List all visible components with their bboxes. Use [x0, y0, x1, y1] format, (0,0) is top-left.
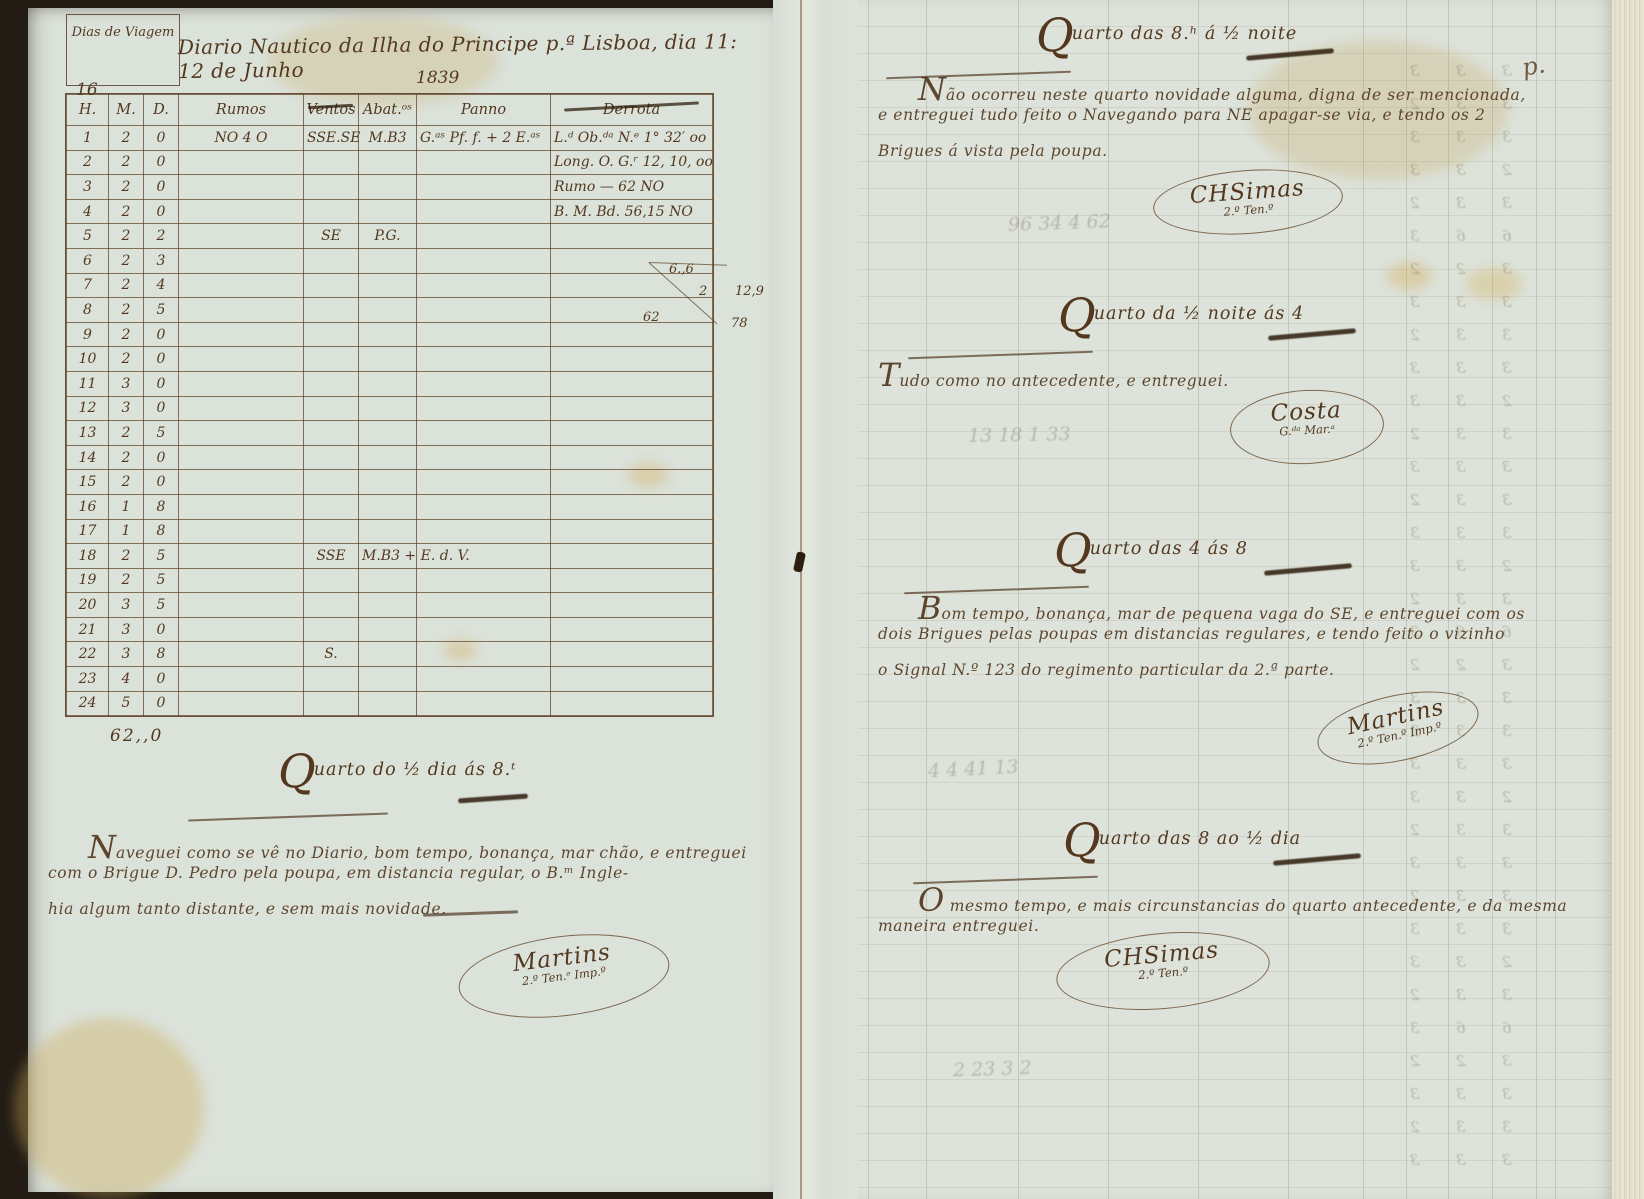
table-cell	[304, 175, 359, 200]
watch-entry-line: Bom tempo, bonança, mar de pequena vaga …	[918, 589, 1525, 627]
table-cell: NO 4 O	[179, 126, 304, 151]
table-cell: 8	[144, 642, 179, 667]
table-cell: 23	[67, 667, 109, 692]
bleedthrough-digit: 3	[1456, 986, 1466, 1004]
table-cell	[179, 175, 304, 200]
table-cell: 9	[67, 322, 109, 347]
table-cell: SSE.SE	[304, 126, 359, 151]
table-cell: S.	[304, 642, 359, 667]
bleedthrough-digit: 3	[1409, 1019, 1420, 1038]
bleedthrough-digit: 3	[1501, 458, 1512, 477]
table-cell: 12	[67, 396, 109, 421]
book-fore-edge	[1612, 0, 1644, 1199]
table-cell	[417, 199, 551, 224]
table-cell	[551, 224, 713, 249]
table-cell	[551, 445, 713, 470]
table-cell: 5	[144, 298, 179, 323]
bleedthrough-digit: 3	[1501, 854, 1512, 873]
table-cell: 8	[144, 494, 179, 519]
table-cell	[179, 494, 304, 519]
table-cell: 8	[67, 298, 109, 323]
table-cell: 4	[144, 273, 179, 298]
table-cell	[551, 642, 713, 667]
table-row: 2450	[67, 691, 713, 716]
table-row: 1825SSEM.B3 + E. d. V.	[67, 544, 713, 569]
table-cell	[417, 298, 551, 323]
calc-value: 78	[731, 316, 748, 331]
table-cell: Long. O. G.ʳ 12, 10, oo	[551, 150, 713, 175]
table-cell: M.B3	[359, 126, 417, 151]
table-cell: 21	[67, 617, 109, 642]
bleedthrough-digit: 3	[1501, 260, 1512, 279]
ink-smear	[1264, 563, 1352, 576]
table-cell	[551, 371, 713, 396]
table-cell	[179, 691, 304, 716]
bleedthrough-digit: 3	[1501, 359, 1512, 378]
table-cell: 6	[67, 248, 109, 273]
binding-gutter	[773, 0, 858, 1199]
table-cell	[359, 175, 417, 200]
table-cell	[551, 617, 713, 642]
table-cell	[304, 617, 359, 642]
pen-flourish	[188, 813, 388, 822]
table-row: 2035	[67, 593, 713, 618]
table-cell	[304, 568, 359, 593]
table-cell: 2	[109, 224, 144, 249]
ink-smear	[1246, 48, 1334, 61]
table-cell	[179, 470, 304, 495]
bleedthrough-digit: 3	[1409, 458, 1420, 477]
table-cell: 2	[109, 421, 144, 446]
bleedthrough-digit: 2	[1409, 656, 1420, 675]
watch-entry-line: e entreguei tudo feito o Navegando para …	[878, 106, 1485, 124]
table-cell	[417, 568, 551, 593]
table-cell	[179, 445, 304, 470]
table-cell: 0	[144, 445, 179, 470]
watch-entry-line: hia algum tanto distante, e sem mais nov…	[48, 900, 447, 918]
table-cell	[179, 199, 304, 224]
bleedthrough-digit: 3	[1410, 788, 1420, 806]
bleedthrough-digit: 3	[1456, 392, 1466, 410]
table-cell	[359, 298, 417, 323]
table-cell	[359, 150, 417, 175]
watch-entry-line: Não ocorreu neste quarto novidade alguma…	[918, 70, 1526, 108]
table-cell	[551, 421, 713, 446]
table-cell	[359, 248, 417, 273]
table-cell: 3	[109, 593, 144, 618]
heading-dropcap: Q	[1063, 813, 1099, 867]
table-cell	[359, 371, 417, 396]
table-cell	[179, 273, 304, 298]
days-of-voyage-box: Dias de Viagem	[66, 14, 180, 86]
column-header: Rumos	[179, 95, 304, 126]
heading-dropcap: Q	[1054, 523, 1090, 577]
table-cell	[417, 224, 551, 249]
bleedthrough-digit: 6	[1501, 1019, 1512, 1038]
bleedthrough-digit: 3	[1501, 920, 1512, 939]
bleedthrough-digit: 3	[1410, 1085, 1420, 1103]
paper-stain	[14, 1018, 204, 1198]
bleedthrough-digit: 3	[1456, 293, 1466, 311]
bleedthrough-digit: 3	[1409, 359, 1420, 378]
table-cell: 0	[144, 470, 179, 495]
bleedthrough-digit: 2	[1409, 1118, 1420, 1137]
calc-value: 62	[643, 310, 660, 325]
bleedthrough-digit: 2	[1455, 656, 1466, 675]
log-title: Diario Nautico da Ilha do Principe p.ª L…	[178, 29, 766, 83]
table-cell: 0	[144, 396, 179, 421]
table-cell: 0	[144, 322, 179, 347]
watch-entry-line: Naveguei como se vê no Diario, bom tempo…	[88, 828, 747, 866]
signature-oval: CHSimas 2.º Ten.º	[1151, 163, 1345, 240]
table-cell: 2	[109, 298, 144, 323]
table-cell: 0	[144, 175, 179, 200]
table-cell: 3	[67, 175, 109, 200]
watch-entry-line: com o Brigue D. Pedro pela poupa, em dis…	[48, 864, 629, 882]
table-cell: 11	[67, 371, 109, 396]
bleedthrough-digit: 3	[1501, 821, 1512, 840]
table-cell	[551, 667, 713, 692]
bleedthrough-digit: 3	[1455, 920, 1466, 939]
bleedthrough-digit: 3	[1456, 491, 1466, 509]
table-row: 220Long. O. G.ʳ 12, 10, oo	[67, 150, 713, 175]
table-cell: 0	[144, 150, 179, 175]
miles-total: 62,,0	[110, 726, 163, 746]
table-cell	[304, 199, 359, 224]
table-cell: 0	[144, 617, 179, 642]
ghost-writing: 96 34 4 62	[1008, 210, 1111, 236]
table-cell	[179, 298, 304, 323]
table-cell	[359, 691, 417, 716]
table-cell	[417, 519, 551, 544]
bleedthrough-digit: 3	[1410, 392, 1420, 410]
column-header: D.	[144, 95, 179, 126]
table-cell: 2	[109, 199, 144, 224]
table-cell: SE	[304, 224, 359, 249]
table-cell: 2	[109, 248, 144, 273]
log-title-year: 1839	[416, 68, 459, 88]
table-cell	[304, 494, 359, 519]
table-cell: 0	[144, 126, 179, 151]
table-cell	[359, 273, 417, 298]
table-row: 1520	[67, 470, 713, 495]
bleedthrough-digit: 3	[1502, 293, 1512, 311]
table-cell: 2	[109, 470, 144, 495]
bleedthrough-digit: 3	[1455, 821, 1466, 840]
watch-heading: Quarto do ½ dia ás 8.ᵗ	[278, 760, 517, 780]
column-header: H.	[67, 95, 109, 126]
table-cell	[359, 667, 417, 692]
table-cell	[417, 494, 551, 519]
bleedthrough-digit: 3	[1409, 920, 1420, 939]
table-cell: 16	[67, 494, 109, 519]
calc-value: 12,9	[735, 284, 764, 299]
table-cell: 2	[109, 175, 144, 200]
table-cell	[304, 667, 359, 692]
nautical-log-table: H.M.D.RumosVentosAbat.ᵒˢPannoDerrota 120…	[66, 94, 713, 716]
bleedthrough-digit: 3	[1501, 722, 1512, 741]
bleedthrough-digit: 3	[1501, 656, 1512, 675]
table-row: 120NO 4 OSSE.SEM.B3G.ᵃˢ Pf. f. + 2 E.ᵃˢL…	[67, 126, 713, 151]
table-cell: 2	[109, 544, 144, 569]
table-cell: P.G.	[359, 224, 417, 249]
heading-dropcap: Q	[278, 744, 314, 798]
signature-oval: Martins 2.º Ten.ᵉ Imp.º	[454, 923, 674, 1028]
table-cell	[359, 470, 417, 495]
ink-smear	[458, 794, 528, 804]
logbook-scan: Dias de Viagem 16 Diario Nautico da Ilha…	[0, 0, 1644, 1199]
table-cell	[417, 470, 551, 495]
table-cell: 17	[67, 519, 109, 544]
table-cell	[417, 445, 551, 470]
table-cell: 8	[144, 519, 179, 544]
heading-text: uarto das 8.ʰ á ½ noite	[1072, 24, 1298, 44]
table-cell: 22	[67, 642, 109, 667]
bleedthrough-digit: 2	[1501, 953, 1512, 972]
bleedthrough-digit: 2	[1501, 557, 1512, 576]
calc-value: 2	[699, 284, 707, 299]
watch-entry-line: dois Brigues pelas poupas em distancias …	[878, 625, 1505, 643]
ruled-column-line	[1555, 0, 1556, 1199]
heading-dropcap: Q	[1058, 288, 1094, 342]
column-header: M.	[109, 95, 144, 126]
table-cell: 0	[144, 667, 179, 692]
watch-entry-line: o Signal N.º 123 do regimento particular…	[878, 661, 1335, 679]
table-cell	[359, 519, 417, 544]
ghost-writing: 4 4 41 13	[927, 756, 1019, 783]
table-cell	[359, 421, 417, 446]
table-cell	[359, 642, 417, 667]
heading-text: uarto das 4 ás 8	[1090, 539, 1248, 559]
table-cell	[179, 617, 304, 642]
ink-smear	[1268, 328, 1356, 341]
table-cell	[304, 396, 359, 421]
bleedthrough-digit: 3	[1455, 458, 1466, 477]
table-cell: 1	[109, 519, 144, 544]
table-cell	[179, 371, 304, 396]
table-cell	[179, 150, 304, 175]
table-cell	[551, 470, 713, 495]
table-cell	[551, 519, 713, 544]
table-cell	[359, 593, 417, 618]
bleedthrough-digit: 3	[1502, 986, 1512, 1004]
bleedthrough-digit: 3	[1502, 1085, 1512, 1103]
right-page: p. 3332333333322333662233332333333322333…	[858, 0, 1612, 1199]
bleedthrough-digit: 3	[1455, 161, 1466, 180]
paper-stain	[1466, 268, 1522, 300]
bleedthrough-digit: 3	[1455, 953, 1466, 972]
bleedthrough-digit: 3	[1409, 854, 1420, 873]
bleedthrough-digit: 3	[1501, 1052, 1512, 1071]
heading-text: uarto das 8 ao ½ dia	[1099, 829, 1301, 849]
table-row: 1230	[67, 396, 713, 421]
table-row: 2238S.	[67, 642, 713, 667]
table-row: 2340	[67, 667, 713, 692]
table-cell	[304, 371, 359, 396]
table-row: 420B. M. Bd. 56,15 NO	[67, 199, 713, 224]
bleedthrough-digit: 3	[1456, 194, 1466, 212]
table-cell: 15	[67, 470, 109, 495]
table-cell: 2	[109, 273, 144, 298]
table-cell: 5	[144, 568, 179, 593]
bleedthrough-digit: 2	[1409, 821, 1420, 840]
table-cell: M.B3 + E. d. V.	[359, 544, 417, 569]
bleedthrough-digit: 2	[1410, 491, 1420, 509]
table-cell	[179, 642, 304, 667]
bleedthrough-digit: 3	[1409, 227, 1420, 246]
bleedthrough-digit: 3	[1502, 689, 1512, 707]
table-cell	[551, 568, 713, 593]
table-cell	[304, 322, 359, 347]
table-cell	[359, 494, 417, 519]
watch-heading: Quarto das 4 ás 8	[1054, 539, 1248, 559]
table-cell	[551, 593, 713, 618]
table-cell: 3	[109, 617, 144, 642]
days-of-voyage-label: Dias de Viagem	[72, 25, 175, 40]
table-cell: 5	[109, 691, 144, 716]
bleedthrough-digit: 2	[1455, 260, 1466, 279]
bleedthrough-digit: 3	[1455, 128, 1466, 147]
table-cell	[417, 691, 551, 716]
table-cell	[417, 175, 551, 200]
table-cell: 5	[67, 224, 109, 249]
table-header-row: H.M.D.RumosVentosAbat.ᵒˢPannoDerrota	[67, 95, 713, 126]
bleedthrough-digit: 3	[1501, 755, 1512, 774]
bleedthrough-digit: 3	[1409, 128, 1420, 147]
table-row: 320Rumo — 62 NO	[67, 175, 713, 200]
watch-heading: Quarto das 8 ao ½ dia	[1063, 829, 1301, 849]
table-row: 1718	[67, 519, 713, 544]
table-cell	[359, 617, 417, 642]
column-header: Derrota	[551, 95, 713, 126]
bleedthrough-digit: 3	[1455, 1151, 1466, 1170]
bleedthrough-digit: 6	[1455, 1019, 1466, 1038]
table-cell	[417, 617, 551, 642]
bleedthrough-digit: 3	[1456, 1085, 1466, 1103]
table-cell: 3	[109, 371, 144, 396]
table-cell: 4	[109, 667, 144, 692]
ink-smear	[1273, 853, 1361, 866]
bleedthrough-digit: 3	[1455, 524, 1466, 543]
bleedthrough-digit: 2	[1409, 1052, 1420, 1071]
table-cell	[417, 667, 551, 692]
table-cell	[304, 519, 359, 544]
bleedthrough-digit: 3	[1501, 524, 1512, 543]
table-cell: Rumo — 62 NO	[551, 175, 713, 200]
bleedthrough-digit: 2	[1410, 194, 1420, 212]
bleedthrough-digit: 2	[1455, 1052, 1466, 1071]
ghost-writing: 2 23 3 2	[953, 1057, 1032, 1082]
table-cell	[304, 421, 359, 446]
watch-entry-line: Brigues á vista pela poupa.	[878, 142, 1108, 160]
watch-entry-line: O mesmo tempo, e mais circunstancias do …	[918, 881, 1567, 919]
table-cell: 3	[109, 396, 144, 421]
table-cell	[304, 248, 359, 273]
table-cell: G.ᵃˢ Pf. f. + 2 E.ᵃˢ	[417, 126, 551, 151]
table-cell: 7	[67, 273, 109, 298]
table-cell	[417, 396, 551, 421]
table-cell	[304, 593, 359, 618]
table-cell	[417, 371, 551, 396]
bleedthrough-digit: 3	[1409, 953, 1420, 972]
bleedthrough-digit: 3	[1501, 1118, 1512, 1137]
table-cell	[359, 445, 417, 470]
bleedthrough-digit: 3	[1455, 854, 1466, 873]
table-cell: 0	[144, 347, 179, 372]
ruled-column-line	[1536, 0, 1537, 1199]
table-cell	[179, 347, 304, 372]
table-cell	[304, 298, 359, 323]
bleedthrough-digit: 3	[1501, 326, 1512, 345]
binding-crease	[800, 0, 802, 1199]
table-cell: 1	[67, 126, 109, 151]
table-cell	[551, 396, 713, 421]
table-cell	[304, 347, 359, 372]
table-row: 1325	[67, 421, 713, 446]
table-cell: 18	[67, 544, 109, 569]
table-cell: 5	[144, 421, 179, 446]
table-cell	[359, 568, 417, 593]
table-cell	[179, 544, 304, 569]
heading-text: uarto da ½ noite ás 4	[1094, 304, 1304, 324]
left-page: Dias de Viagem 16 Diario Nautico da Ilha…	[28, 8, 773, 1192]
table-row: 1925	[67, 568, 713, 593]
table-cell	[417, 322, 551, 347]
bleedthrough-digit: 3	[1455, 755, 1466, 774]
table-cell	[179, 224, 304, 249]
table-cell	[179, 396, 304, 421]
table-cell: 0	[144, 199, 179, 224]
table-cell	[551, 691, 713, 716]
column-header: Panno	[417, 95, 551, 126]
bleedthrough-digit: 2	[1502, 788, 1512, 806]
table-cell: 20	[67, 593, 109, 618]
bleedthrough-digit: 2	[1410, 986, 1420, 1004]
table-cell: 5	[144, 593, 179, 618]
table-cell	[179, 593, 304, 618]
table-row: 522SEP.G.	[67, 224, 713, 249]
table-cell: 2	[109, 445, 144, 470]
table-cell: 14	[67, 445, 109, 470]
watch-entry-line: Tudo como no antecedente, e entreguei.	[878, 356, 1229, 394]
bleedthrough-digit: 3	[1502, 491, 1512, 509]
table-cell	[417, 150, 551, 175]
table-cell	[359, 396, 417, 421]
bleedthrough-digit: 3	[1501, 425, 1512, 444]
table-cell	[179, 519, 304, 544]
table-cell: SSE	[304, 544, 359, 569]
table-cell: 2	[109, 150, 144, 175]
margin-calculation: 6.,6 2 62 12,9 78	[603, 248, 773, 353]
bleedthrough-digit: 6	[1455, 227, 1466, 246]
table-cell: 3	[109, 642, 144, 667]
table-cell: B. M. Bd. 56,15 NO	[551, 199, 713, 224]
bleedthrough-digit: 2	[1409, 326, 1420, 345]
table-cell	[179, 322, 304, 347]
table-cell: 0	[144, 691, 179, 716]
table-cell: 3	[144, 248, 179, 273]
table-cell	[417, 642, 551, 667]
table-cell	[179, 248, 304, 273]
table-cell: 0	[144, 371, 179, 396]
table-cell: L.ᵈ Ob.ᵈᵃ N.ᵉ 1° 32′ oo	[551, 126, 713, 151]
table-cell	[417, 421, 551, 446]
bleedthrough-digit: 3	[1455, 557, 1466, 576]
table-cell	[179, 667, 304, 692]
table-cell	[551, 494, 713, 519]
table-cell: 24	[67, 691, 109, 716]
bleedthrough-digit: 2	[1502, 392, 1512, 410]
